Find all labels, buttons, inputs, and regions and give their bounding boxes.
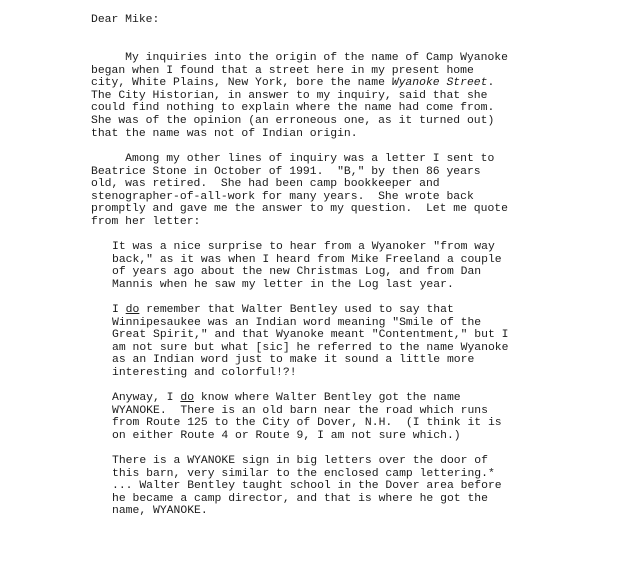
text-line: Mannis when he saw my letter in the Log … [112,279,502,292]
text-line: that the name was not of Indian origin. [91,128,508,141]
quote-wyanoke-sign: There is a WYANOKE sign in big letters o… [112,455,502,518]
text-line: ... Walter Bentley taught school in the … [112,480,502,493]
text-line: on either Route 4 or Route 9, I am not s… [112,430,502,443]
paragraph-beatrice-stone: Among my other lines of inquiry was a le… [91,153,508,229]
text-line: could find nothing to explain where the … [91,102,508,115]
text-line: The City Historian, in answer to my inqu… [91,90,508,103]
text-line: back," as it was when I heard from Mike … [112,254,502,267]
text-line: of years ago about the new Christmas Log… [112,266,502,279]
salutation: Dear Mike: [91,14,159,27]
text-line: It was a nice surprise to hear from a Wy… [112,241,502,254]
text-line: am not sure but what [sic] he referred t… [112,342,508,355]
quote-barn-location: Anyway, I do know where Walter Bentley g… [112,392,502,442]
text-line: Great Spirit," and that Wyanoke meant "C… [112,329,508,342]
text-line: I do remember that Walter Bentley used t… [112,304,508,317]
italic-emphasis: Wyanoke Street [392,77,488,89]
text-line: Anyway, I do know where Walter Bentley g… [112,392,502,405]
text-line: There is a WYANOKE sign in big letters o… [112,455,502,468]
letter-page: Dear Mike: My inquiries into the origin … [0,0,636,564]
text-line: old, was retired. She had been camp book… [91,178,508,191]
text-line: city, White Plains, New York, bore the n… [91,77,508,90]
text-line: from her letter: [91,216,508,229]
text-line: My inquiries into the origin of the name… [91,52,508,65]
text-line: this barn, very similar to the enclosed … [112,468,502,481]
text-line: promptly and gave me the answer to my qu… [91,203,508,216]
quote-nice-surprise: It was a nice surprise to hear from a Wy… [112,241,502,291]
text-line: name, WYANOKE. [112,505,502,518]
text-line: Winnipesaukee was an Indian word meaning… [112,317,508,330]
quote-winnipesaukee-meaning: I do remember that Walter Bentley used t… [112,304,508,380]
text-line: Beatrice Stone in October of 1991. "B," … [91,166,508,179]
text-line: from Route 125 to the City of Dover, N.H… [112,417,502,430]
underlined-emphasis: do [180,392,194,404]
text-line: She was of the opinion (an erroneous one… [91,115,508,128]
text-line: stenographer-of-all-work for many years.… [91,191,508,204]
paragraph-camp-name-inquiry: My inquiries into the origin of the name… [91,52,508,140]
text-line: began when I found that a street here in… [91,65,508,78]
underlined-emphasis: do [126,304,140,316]
text-line: Among my other lines of inquiry was a le… [91,153,508,166]
text-line: as an Indian word just to make it sound … [112,354,508,367]
text-line: he became a camp director, and that is w… [112,493,502,506]
text-line: WYANOKE. There is an old barn near the r… [112,405,502,418]
text-line: interesting and colorful!?! [112,367,508,380]
